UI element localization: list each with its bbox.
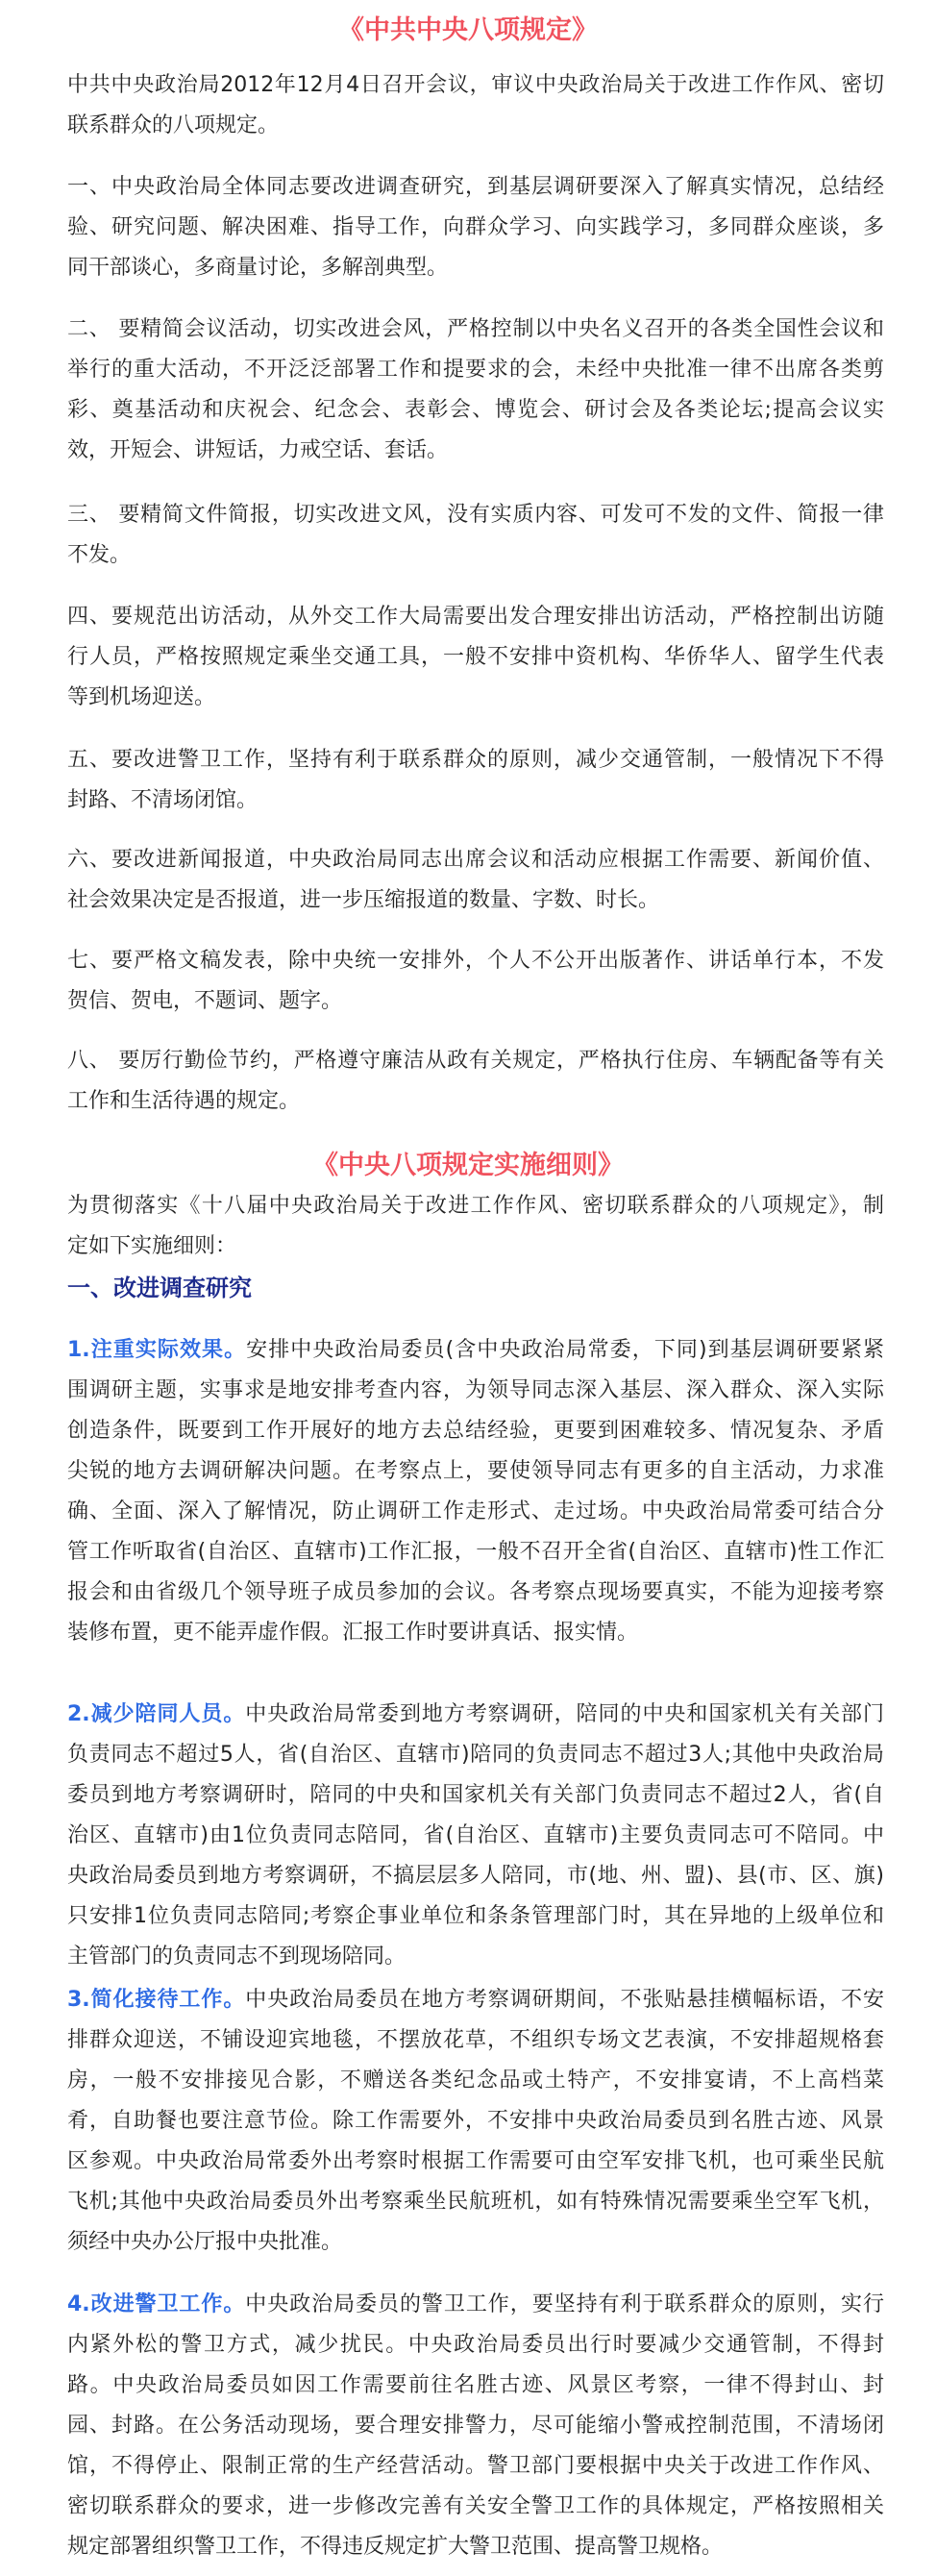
text-line: 装修布置，更不能弄虚作假。汇报工作时要讲真话、报实情。	[67, 1613, 884, 1653]
text-line: 区参观。中央政治局常委外出考察时根据工作需要可由空军安排飞机，也可乘坐民航	[67, 2142, 884, 2182]
intro-paragraph: 中共中央政治局2012年12月4日召开会议，审议中央政治局关于改进工作作风、密切…	[67, 65, 884, 146]
text-line: 社会效果决定是否报道，进一步压缩报道的数量、字数、时长。	[67, 880, 884, 921]
text-line: 报会和由省级几个领导班子成员参加的会议。各考察点现场要真实，不能为迎接考察	[67, 1573, 884, 1613]
text-line: 不发。	[67, 535, 884, 576]
text-line: 贺信、贺电，不题词、题字。	[67, 981, 884, 1022]
text-line: 负责同志不超过5人，省(自治区、直辖市)陪同的负责同志不超过3人;其他中央政治局	[67, 1735, 884, 1775]
text-line: 六、要改进新闻报道，中央政治局同志出席会议和活动应根据工作需要、新闻价值、	[67, 840, 884, 880]
rule-1-practical-results: 1.注重实际效果。安排中央政治局委员(含中央政治局常委，下同)到基层调研要紧紧 …	[67, 1330, 884, 1653]
text-line: 治区、直辖市)由1位负责同志陪同，省(自治区、直辖市)主要负责同志可不陪同。中	[67, 1816, 884, 1856]
text-line: 封路、不清场闭馆。	[67, 780, 884, 821]
text-line: 规定部署组织警卫工作，不得违反规定扩大警卫范围、提高警卫规格。	[67, 2527, 884, 2567]
text-line: 七、要严格文稿发表，除中央统一安排外，个人不公开出版著作、讲话单行本，不发	[67, 941, 884, 981]
text-line: 中央政治局委员在地方考察调研期间，不张贴悬挂横幅标语，不安	[245, 1988, 884, 2012]
text-line: 中央政治局委员的警卫工作，要坚持有利于联系群众的原则，实行	[245, 2292, 884, 2316]
text-line: 定如下实施细则：	[67, 1226, 884, 1267]
text-line: 彩、奠基活动和庆祝会、纪念会、表彰会、博览会、研讨会及各类论坛;提高会议实	[67, 390, 884, 431]
text-line: 同干部谈心，多商量讨论，多解剖典型。	[67, 248, 884, 288]
regulation-item-4: 四、要规范出访活动，从外交工作大局需要出发合理安排出访活动，严格控制出访随 行人…	[67, 597, 884, 718]
title-eight-regulations: 《中共中央八项规定》	[0, 12, 936, 50]
text-line: 安排中央政治局委员(含中央政治局常委，下同)到基层调研要紧紧	[246, 1338, 884, 1362]
text-line: 管工作听取省(自治区、直辖市)工作汇报，一般不召开全省(自治区、直辖市)性工作汇	[67, 1532, 884, 1573]
rule-4-security-work: 4.改进警卫工作。中央政治局委员的警卫工作，要坚持有利于联系群众的原则，实行 内…	[67, 2285, 884, 2567]
regulation-item-5: 五、要改进警卫工作，坚持有利于联系群众的原则，减少交通管制，一般情况下不得 封路…	[67, 740, 884, 821]
regulation-item-1: 一、中央政治局全体同志要改进调查研究，到基层调研要深入了解真实情况，总结经 验、…	[67, 167, 884, 288]
section-heading: 一、改进调查研究	[67, 1268, 884, 1308]
text-line: 飞机;其他中央政治局委员外出考察乘坐民航班机，如有特殊情况需要乘坐空军飞机，	[67, 2182, 884, 2222]
regulation-item-8: 八、 要厉行勤俭节约，严格遵守廉洁从政有关规定，严格执行住房、车辆配备等有关 工…	[67, 1041, 884, 1122]
text-line: 园、封路。在公务活动现场，要合理安排警力，尽可能缩小警戒控制范围，不清场闭	[67, 2406, 884, 2446]
text-line: 工作和生活待遇的规定。	[67, 1081, 884, 1122]
text-line: 为贯彻落实《十八届中央政治局关于改进工作作风、密切联系群众的八项规定》，制	[67, 1186, 884, 1226]
text-line: 须经中央办公厅报中央批准。	[67, 2222, 884, 2263]
text-line: 四、要规范出访活动，从外交工作大局需要出发合理安排出访活动，严格控制出访随	[67, 597, 884, 637]
text-line: 八、 要厉行勤俭节约，严格遵守廉洁从政有关规定，严格执行住房、车辆配备等有关	[67, 1041, 884, 1081]
rule-3-simplified-reception: 3.简化接待工作。中央政治局委员在地方考察调研期间，不张贴悬挂横幅标语，不安 排…	[67, 1980, 884, 2263]
section-heading-research: 一、改进调查研究	[67, 1268, 884, 1308]
text-line: 确、全面、深入了解情况，防止调研工作走形式、走过场。中央政治局常委可结合分	[67, 1492, 884, 1532]
text-line: 五、要改进警卫工作，坚持有利于联系群众的原则，减少交通管制，一般情况下不得	[67, 740, 884, 780]
text-line: 中央政治局常委到地方考察调研，陪同的中央和国家机关有关部门	[245, 1702, 884, 1726]
text-line: 行人员，严格按照规定乘坐交通工具，一般不安排中资机构、华侨华人、留学生代表	[67, 637, 884, 678]
text-line: 委员到地方考察调研时，陪同的中央和国家机关有关部门负责同志不超过2人，省(自	[67, 1775, 884, 1816]
text-line: 中共中央政治局2012年12月4日召开会议，审议中央政治局关于改进工作作风、密切	[67, 65, 884, 106]
text-line: 路。中央政治局委员如因工作需要前往名胜古迹、风景区考察，一律不得封山、封	[67, 2365, 884, 2406]
regulation-item-7: 七、要严格文稿发表，除中央统一安排外，个人不公开出版著作、讲话单行本，不发 贺信…	[67, 941, 884, 1022]
text-line: 馆，不得停止、限制正常的生产经营活动。警卫部门要根据中央关于改进工作作风、	[67, 2446, 884, 2487]
regulation-item-3: 三、 要精简文件简报，切实改进文风，没有实质内容、可发可不发的文件、简报一律 不…	[67, 495, 884, 576]
regulation-item-2: 二、 要精简会议活动，切实改进会风，严格控制以中央名义召开的各类全国性会议和 举…	[67, 310, 884, 471]
title-implementation-rules: 《中央八项规定实施细则》	[0, 1147, 936, 1185]
text-line: 肴，自助餐也要注意节俭。除工作需要外，不安排中央政治局委员到名胜古迹、风景	[67, 2101, 884, 2142]
text-line: 二、 要精简会议活动，切实改进会风，严格控制以中央名义召开的各类全国性会议和	[67, 310, 884, 350]
text-line: 效，开短会、讲短话，力戒空话、套话。	[67, 431, 884, 471]
text-line: 联系群众的八项规定。	[67, 106, 884, 146]
text-line: 围调研主题，实事求是地安排考查内容，为领导同志深入基层、深入群众、深入实际	[67, 1371, 884, 1411]
text-line: 内紧外松的警卫方式，减少扰民。中央政治局委员出行时要减少交通管制，不得封	[67, 2325, 884, 2365]
text-line: 举行的重大活动，不开泛泛部署工作和提要求的会，未经中央批准一律不出席各类剪	[67, 350, 884, 390]
text-line: 创造条件，既要到工作开展好的地方去总结经验，更要到困难较多、情况复杂、矛盾	[67, 1411, 884, 1451]
rule-label: 2.减少陪同人员。	[67, 1702, 245, 1726]
rule-label: 3.简化接待工作。	[67, 1988, 245, 2012]
text-line: 等到机场迎送。	[67, 678, 884, 718]
regulation-item-6: 六、要改进新闻报道，中央政治局同志出席会议和活动应根据工作需要、新闻价值、 社会…	[67, 840, 884, 921]
rule-2-fewer-escorts: 2.减少陪同人员。中央政治局常委到地方考察调研，陪同的中央和国家机关有关部门 负…	[67, 1695, 884, 1977]
rule-label: 1.注重实际效果。	[67, 1338, 246, 1362]
text-line: 主管部门的负责同志不到现场陪同。	[67, 1937, 884, 1977]
text-line: 密切联系群众的要求，进一步修改完善有关安全警卫工作的具体规定，严格按照相关	[67, 2487, 884, 2527]
implementation-intro: 为贯彻落实《十八届中央政治局关于改进工作作风、密切联系群众的八项规定》，制 定如…	[67, 1186, 884, 1267]
text-line: 尖锐的地方去调研解决问题。在考察点上，要使领导同志有更多的自主活动，力求准	[67, 1451, 884, 1492]
text-line: 房，一般不安排接见合影，不赠送各类纪念品或土特产，不安排宴请，不上高档菜	[67, 2061, 884, 2101]
text-line: 一、中央政治局全体同志要改进调查研究，到基层调研要深入了解真实情况，总结经	[67, 167, 884, 208]
text-line: 只安排1位负责同志陪同;考察企事业单位和条条管理部门时，其在异地的上级单位和	[67, 1896, 884, 1937]
text-line: 央政治局委员到地方考察调研，不搞层层多人陪同，市(地、州、盟)、县(市、区、旗)	[67, 1856, 884, 1896]
text-line: 排群众迎送，不铺设迎宾地毯，不摆放花草，不组织专场文艺表演，不安排超规格套	[67, 2020, 884, 2061]
text-line: 三、 要精简文件简报，切实改进文风，没有实质内容、可发可不发的文件、简报一律	[67, 495, 884, 535]
rule-label: 4.改进警卫工作。	[67, 2292, 245, 2316]
text-line: 验、研究问题、解决困难、指导工作，向群众学习、向实践学习，多同群众座谈，多	[67, 208, 884, 248]
